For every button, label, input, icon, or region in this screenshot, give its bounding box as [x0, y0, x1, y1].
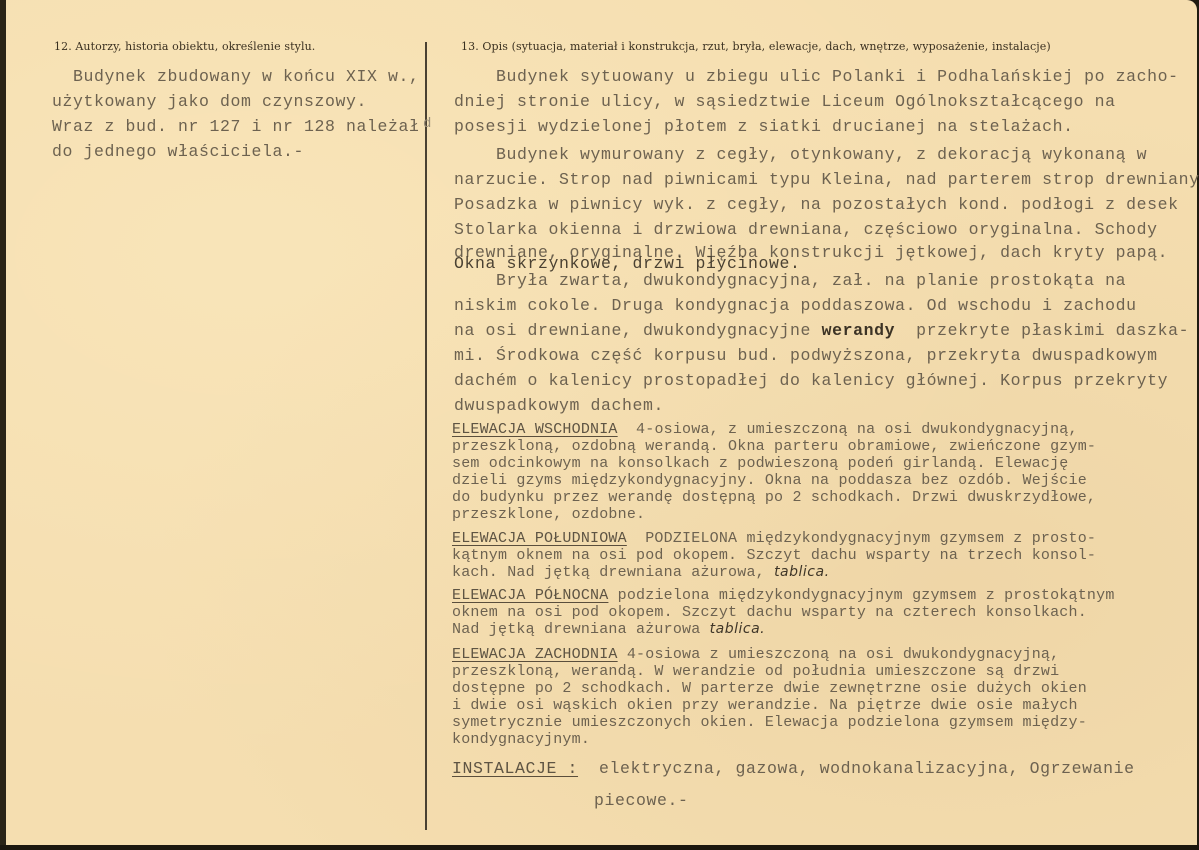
elewacja-polnocna-line-1: ELEWACJA PÓŁNOCNA podzielona międzykondy… — [452, 587, 1115, 605]
elewacja-poludniowa-line-3: kach. Nad jętką drewniana ażurowa, tabli… — [452, 564, 830, 582]
p1-line-2: dniej stronie ulicy, w sąsiedztwie Liceu… — [454, 89, 1116, 114]
elewacja-zachodnia-first: 4-osiowa z umieszczoną na osi dwukondygn… — [618, 646, 1060, 663]
elewacja-zachodnia-line-6: kondygnacyjnym. — [452, 731, 590, 749]
p3-line-1: Bryła zwarta, dwukondygnacyjna, zał. na … — [454, 268, 1126, 293]
p3-line-3: na osi drewniane, dwukondygnacyjne weran… — [454, 318, 1189, 343]
p3-line-5: dachém o kalenicy prostopadłej do kaleni… — [454, 368, 1168, 393]
elewacja-wschodnia-line-4: dzieli gzyms międzykondygnacyjny. Okna n… — [452, 472, 1087, 490]
elewacja-poludniowa-line-2: kątnym oknem na osi pod okopem. Szczyt d… — [452, 547, 1096, 565]
p1-line-3: posesji wydzielonej płotem z siatki druc… — [454, 114, 1074, 139]
p2-line-3: Posadzka w piwnicy wyk. z cegły, na pozo… — [454, 192, 1179, 217]
elewacja-wschodnia-line-1: ELEWACJA WSCHODNIA 4-osiowa, z umieszczo… — [452, 421, 1078, 439]
section-12-header: 12. Autorzy, historia obiektu, określeni… — [54, 40, 315, 53]
elewacja-zachodnia-line-5: symetrycznie umieszczonych okien. Elewac… — [452, 714, 1087, 732]
elewacja-wschodnia-title: ELEWACJA WSCHODNIA — [452, 421, 618, 438]
elewacja-zachodnia-line-3: dostępne po 2 schodkach. W parterze dwie… — [452, 680, 1087, 698]
elewacja-polnocna-line-3: Nad jętką drewniana ażurowa tablica. — [452, 621, 765, 639]
elewacja-polnocna-line-3-text: Nad jętką drewniana ażurowa — [452, 621, 700, 638]
elewacja-zachodnia-title: ELEWACJA ZACHODNIA — [452, 646, 618, 663]
p2-line-2: narzucie. Strop nad piwnicami typu Klein… — [454, 167, 1199, 192]
scan-edge-bottom — [0, 845, 1199, 850]
elewacja-poludniowa-line-1: ELEWACJA POŁUDNIOWA PODZIELONA międzykon… — [452, 530, 1096, 548]
section-12-line-3: Wraz z bud. nr 127 i nr 128 należał — [52, 114, 420, 139]
section-12-line-4: do jednego właściciela.- — [52, 139, 304, 164]
instalacje-line-2: piecowe.- — [594, 788, 689, 813]
section-12-line-1: Budynek zbudowany w końcu XIX w., — [52, 64, 420, 89]
p2-line-1: Budynek wymurowany z cegły, otynkowany, … — [454, 142, 1147, 167]
elewacja-zachodnia-line-2: przeszkloną, werandą. W werandzie od poł… — [452, 663, 1059, 681]
elewacja-polnocna-first: podzielona międzykondygnacyjnym gzymsem … — [608, 587, 1114, 604]
instalacje-first: elektryczna, gazowa, wodnokanalizacyjna,… — [578, 759, 1135, 778]
p3-line-6: dwuspadkowym dachem. — [454, 393, 664, 418]
elewacja-wschodnia-line-2: przeszkloną, ozdobną werandą. Okna parte… — [452, 438, 1096, 456]
p3-line-3-tail: przekryte płaskimi daszka- — [895, 321, 1189, 340]
instalacje-line-1: INSTALACJE : elektryczna, gazowa, wodnok… — [452, 756, 1135, 781]
elewacja-zachodnia-line-4: i dwie osi wąskich okien przy werandzie.… — [452, 697, 1078, 715]
elewacja-wschodnia-line-3: sem odcinkowym na konsolkach z podwieszo… — [452, 455, 1069, 473]
section-12-line-2: użytkowany jako dom czynszowy. — [52, 89, 367, 114]
p3-line-4: mi. Środkowa część korpusu bud. podwyższ… — [454, 343, 1158, 368]
elewacja-polnocna-title: ELEWACJA PÓŁNOCNA — [452, 587, 608, 604]
p2-line-4: Stolarka okienna i drzwiowa drewniana, c… — [454, 217, 1158, 242]
instalacje-title: INSTALACJE : — [452, 759, 578, 778]
elewacja-wschodnia-first: 4-osiowa, z umieszczoną na osi dwukondyg… — [618, 421, 1078, 438]
handwritten-tablica-2: tablica. — [710, 621, 765, 637]
p3-line-2: niskim cokole. Druga kondygnacja poddasz… — [454, 293, 1137, 318]
elewacja-wschodnia-line-5: do budynku przez werandę dostępną po 2 s… — [452, 489, 1096, 507]
elewacja-zachodnia-line-1: ELEWACJA ZACHODNIA 4-osiowa z umieszczon… — [452, 646, 1059, 664]
handwritten-tablica: tablica. — [774, 564, 829, 580]
elewacja-wschodnia-line-6: przeszklone, ozdobne. — [452, 506, 645, 524]
werandy-word: werandy — [822, 321, 896, 340]
stray-mark: d — [423, 116, 431, 132]
elewacja-poludniowa-first: PODZIELONA międzykondygnacyjnym gzymsem … — [627, 530, 1096, 547]
column-divider — [425, 42, 427, 830]
p3-line-3-text: na osi drewniane, dwukondygnacyjne — [454, 321, 811, 340]
section-13-header: 13. Opis (sytuacja, materiał i konstrukc… — [461, 40, 1051, 53]
elewacja-polnocna-line-2: oknem na osi pod okopem. Szczyt dachu ws… — [452, 604, 1087, 622]
elewacja-poludniowa-line-3-text: kach. Nad jętką drewniana ażurowa, — [452, 564, 765, 581]
p1-line-1: Budynek sytuowany u zbiegu ulic Polanki … — [454, 64, 1179, 89]
elewacja-poludniowa-title: ELEWACJA POŁUDNIOWA — [452, 530, 627, 547]
